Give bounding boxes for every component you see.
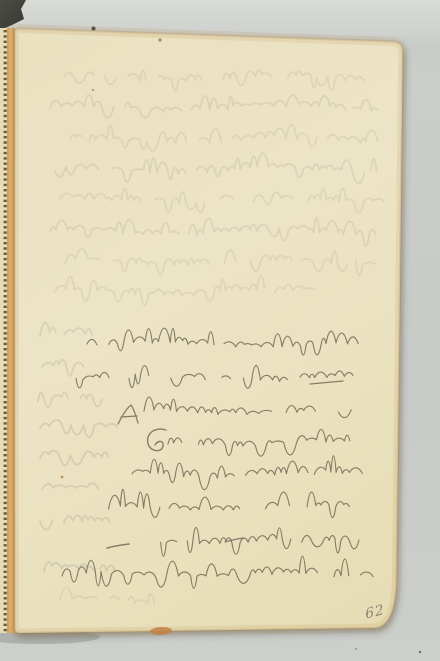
- binding-tan-band: [7, 28, 15, 633]
- notebook-scan-scene: [0, 0, 440, 661]
- speck-background-1: [419, 651, 421, 653]
- speck-orange-top: [158, 38, 161, 41]
- speck-top-edge: [92, 27, 96, 31]
- speck-page: [92, 89, 95, 92]
- scan-root: 62: [0, 0, 440, 661]
- binding-strip: [0, 28, 15, 633]
- speck-foxing: [61, 476, 64, 479]
- speck-background-2: [355, 648, 357, 650]
